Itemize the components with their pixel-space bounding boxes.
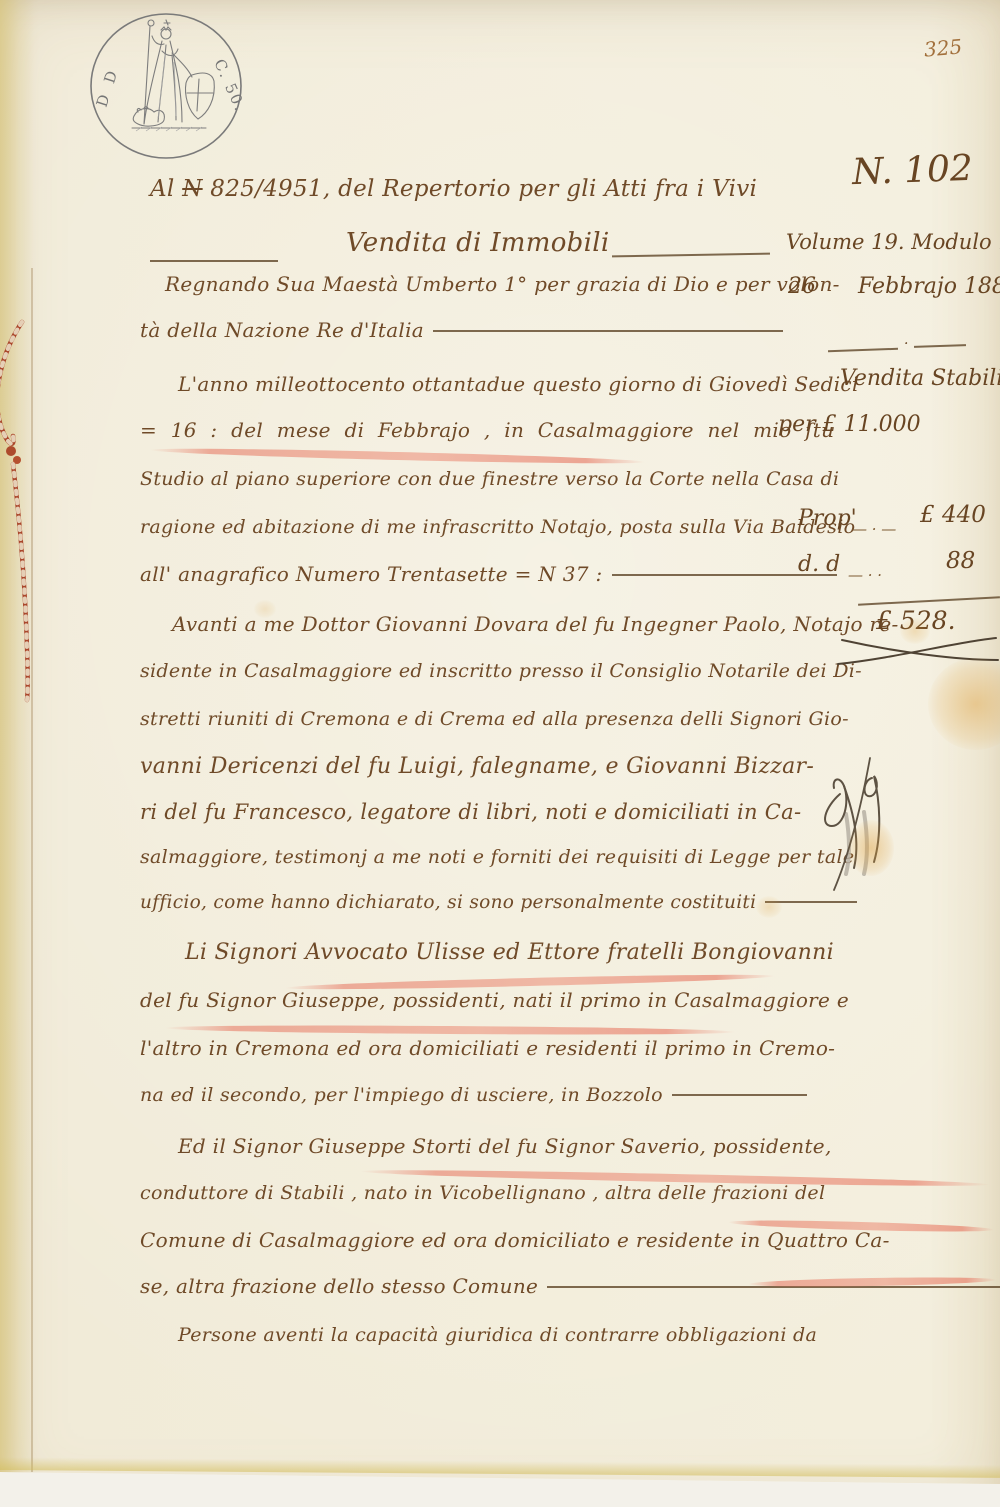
red-pencil-underline bbox=[150, 446, 645, 466]
manuscript-line: = 16 : del mese di Febbrajo , in Casalma… bbox=[140, 418, 834, 442]
manuscript-line: ri del fu Francesco, legatore di libri, … bbox=[140, 800, 801, 824]
margin-volume-line: Volume 19. Modulo 1 bbox=[786, 230, 1000, 254]
ink-rule bbox=[150, 260, 278, 262]
fee-row-dashes: — · · bbox=[848, 566, 882, 584]
manuscript-line: salmaggiore, testimonj a me noti e forni… bbox=[140, 846, 854, 868]
manuscript-line: tà della Nazione Re d'Italia bbox=[140, 318, 783, 342]
manuscript-line: l'altro in Cremona ed ora domiciliati e … bbox=[140, 1036, 835, 1060]
stain bbox=[848, 820, 894, 876]
manuscript-line: Ed il Signor Giuseppe Storti del fu Sign… bbox=[178, 1134, 832, 1158]
document-title: Vendita di Immobili bbox=[346, 228, 609, 258]
header-prefix: Al bbox=[150, 176, 175, 202]
revenue-stamp-icon: D D C. 50. bbox=[86, 10, 246, 162]
manuscript-line: Li Signori Avvocato Ulisse ed Ettore fra… bbox=[185, 940, 834, 965]
fee-row-amount: £ 440 bbox=[920, 502, 986, 528]
struck-number-symbol: N bbox=[182, 176, 202, 202]
manuscript-line: ragione ed abitazione di me infrascritto… bbox=[140, 516, 855, 538]
document-page: D D C. 50. 325 Al N 825/4951, del Repert… bbox=[0, 0, 1000, 1507]
manuscript-line: Studio al piano superiore con due finest… bbox=[140, 468, 839, 490]
ink-rule bbox=[828, 348, 898, 352]
manuscript-line: L'anno milleottocento ottantadue questo … bbox=[178, 372, 859, 396]
ink-dot: · bbox=[904, 336, 908, 352]
ink-rule bbox=[914, 344, 966, 348]
page-number: 325 bbox=[923, 34, 963, 61]
manuscript-line: sidente in Casalmaggiore ed inscritto pr… bbox=[140, 660, 862, 682]
ink-rule bbox=[547, 1286, 1000, 1288]
fee-row-dashes: — · — bbox=[852, 520, 896, 538]
ink-rule bbox=[672, 1094, 807, 1096]
stain bbox=[756, 896, 782, 918]
fee-row-label: Prop' bbox=[798, 506, 857, 531]
header-repertorio-text: 825/4951, del Repertorio per gli Atti fr… bbox=[210, 176, 757, 202]
margin-date-month-year: Febbrajo 1882 bbox=[858, 274, 1000, 299]
margin-price-line: per £ 11.000 bbox=[778, 412, 921, 437]
manuscript-line: Comune di Casalmaggiore ed ora domicilia… bbox=[140, 1228, 890, 1252]
speck bbox=[546, 1499, 550, 1502]
speck bbox=[388, 1496, 392, 1499]
manuscript-line: all' anagrafico Numero Trentasette = N 3… bbox=[140, 562, 837, 586]
red-pencil-underline bbox=[165, 1024, 735, 1036]
stain bbox=[254, 600, 276, 618]
manuscript-line: vanni Dericenzi del fu Luigi, falegname,… bbox=[140, 754, 814, 779]
fee-row-label: d. d bbox=[798, 552, 840, 577]
stamp-right-text: C. 50. bbox=[210, 56, 246, 115]
manuscript-line: na ed il secondo, per l'impiego di uscie… bbox=[140, 1084, 807, 1106]
margin-act-number: N. 102 bbox=[851, 148, 973, 193]
fee-row-amount: 88 bbox=[946, 548, 975, 574]
stamp-left-text: D D bbox=[93, 65, 123, 109]
page-left-edge bbox=[0, 0, 34, 1475]
stain bbox=[900, 618, 930, 644]
paper-sheet: D D C. 50. 325 Al N 825/4951, del Repert… bbox=[0, 0, 1000, 1507]
ink-rule bbox=[612, 253, 770, 258]
sum-rule bbox=[858, 596, 1000, 605]
page-bottom-edge bbox=[0, 1457, 1000, 1478]
manuscript-line: ufficio, come hanno dichiarato, si sono … bbox=[140, 892, 857, 913]
margin-subject-line: Vendita Stabili bbox=[840, 366, 1000, 391]
manuscript-line: Avanti a me Dottor Giovanni Dovara del f… bbox=[172, 612, 899, 636]
manuscript-line: conduttore di Stabili , nato in Vicobell… bbox=[140, 1182, 825, 1204]
manuscript-line: Persone aventi la capacità giuridica di … bbox=[178, 1324, 817, 1346]
binding-string bbox=[0, 318, 44, 718]
manuscript-line: Regnando Sua Maestà Umberto 1° per grazi… bbox=[165, 272, 840, 296]
manuscript-line: stretti riuniti di Cremona e di Crema ed… bbox=[140, 708, 849, 730]
margin-date-day: 26 bbox=[788, 274, 816, 299]
header-repertorio-line: Al N 825/4951, del Repertorio per gli At… bbox=[150, 176, 757, 202]
manuscript-line: del fu Signor Giuseppe, possidenti, nati… bbox=[140, 988, 849, 1012]
ink-rule bbox=[433, 330, 783, 332]
